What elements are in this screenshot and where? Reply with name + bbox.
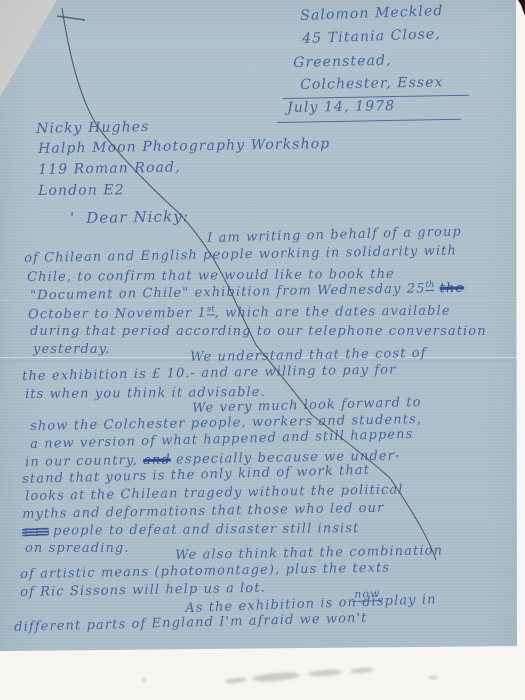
body-line: of artistic means (photomontage), plus t… bbox=[20, 561, 390, 582]
crossed-out-word: the bbox=[440, 281, 465, 296]
body-line: of Chilean and English people working in… bbox=[24, 243, 457, 266]
salutation: Dear Nicky: bbox=[86, 207, 189, 227]
pencil-smudge bbox=[142, 678, 146, 682]
recipient-city: London E2 bbox=[38, 182, 125, 199]
body-line: October to November 1st, which are the d… bbox=[28, 302, 451, 322]
date-underline bbox=[277, 119, 461, 123]
pencil-smudge bbox=[428, 676, 438, 679]
body-line: of Ric Sissons will help us a lot. bbox=[20, 581, 266, 600]
scanned-letter-page: Salomon Meckled 45 Titania Close, Greens… bbox=[0, 0, 525, 700]
letter-paper: Salomon Meckled 45 Titania Close, Greens… bbox=[0, 0, 525, 700]
body-line: myths and deformations that those who le… bbox=[22, 501, 384, 522]
body-text: October to November 1 bbox=[28, 306, 207, 323]
ordinal-superscript: st bbox=[207, 304, 215, 315]
sender-name: Salomon Meckled bbox=[300, 3, 444, 24]
body-line: I am writing on behalf of a group bbox=[207, 224, 462, 246]
pencil-smudge bbox=[252, 671, 301, 683]
scribbled-out-word bbox=[22, 527, 49, 536]
sender-address-line-3: Colchester, Essex bbox=[300, 74, 444, 93]
recipient-organization: Halph Moon Photography Workshop bbox=[38, 136, 330, 157]
body-line: during that period according to our tele… bbox=[30, 324, 487, 339]
body-line: We also think that the combination bbox=[175, 543, 443, 563]
stray-mark: ' bbox=[70, 209, 75, 227]
body-line: yesterday. bbox=[33, 342, 111, 357]
sender-address-line-1: 45 Titania Close, bbox=[302, 26, 441, 47]
body-text: people to defeat and disaster still insi… bbox=[53, 521, 359, 539]
recipient-name: Nicky Hughes bbox=[36, 119, 150, 137]
body-line: the exhibition is £ 10.- and are willing… bbox=[22, 362, 397, 384]
letter-date: July 14, 1978 bbox=[287, 98, 395, 116]
body-line: people to defeat and disaster still insi… bbox=[20, 521, 359, 539]
recipient-street: 119 Roman Road, bbox=[38, 160, 181, 178]
pencil-smudge bbox=[225, 677, 247, 684]
pencil-smudge bbox=[308, 669, 342, 677]
sender-address-line-2: Greenstead, bbox=[293, 52, 392, 71]
body-text: , which are the dates available bbox=[215, 304, 451, 321]
pencil-smudge bbox=[350, 667, 374, 674]
inserted-word: now bbox=[352, 587, 383, 602]
crossed-out-word: and bbox=[143, 452, 171, 467]
body-text: in our country, bbox=[25, 453, 143, 470]
body-text: on display in bbox=[333, 592, 437, 611]
ordinal-superscript: th bbox=[425, 280, 434, 291]
body-line: on spreading. bbox=[25, 541, 130, 556]
body-line: different parts of England I'm afraid we… bbox=[14, 611, 368, 635]
